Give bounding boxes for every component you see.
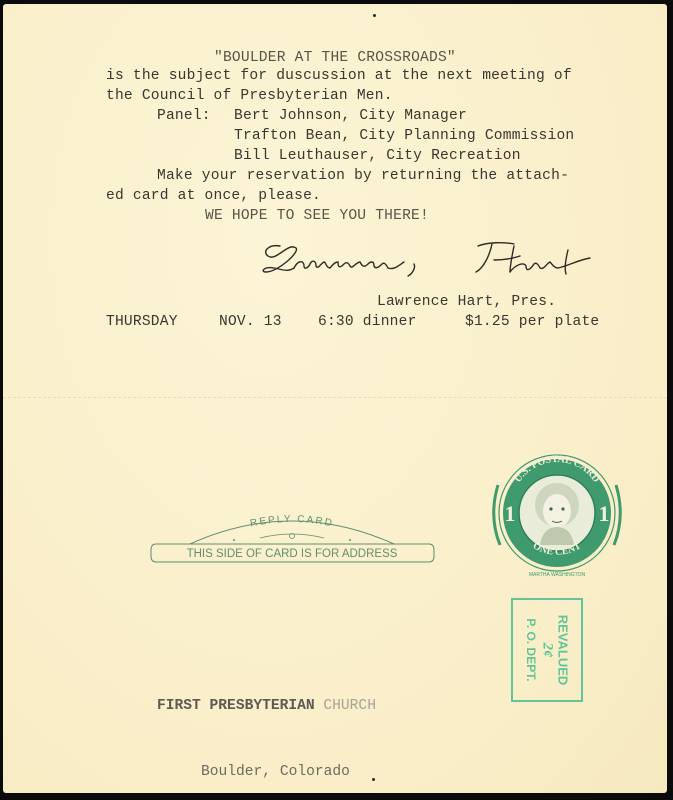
stamp-denomination-left: 1 [505,501,516,526]
message-line: the Council of Presbyterian Men. [106,86,393,106]
event-price: $1.25 per plate [465,312,599,332]
panel-label: Panel: [157,106,211,126]
reply-card-header: REPLY CARD [249,514,335,530]
meeting-title: "BOULDER AT THE CROSSROADS" [214,48,456,68]
message-line: ed card at once, please. [106,186,321,206]
return-address-line1: FIRST PRESBYTERIAN CHURCH [157,695,376,717]
return-address-line2: Boulder, Colorado [157,761,376,783]
revalued-handstamp: REVALUED 2¢ P. O. DEPT. [511,598,583,702]
message-line: is the subject for duscussion at the nex… [106,66,572,86]
perforation-fold [3,397,667,398]
event-time: 6:30 dinner [318,312,417,332]
svg-text:REPLY CARD: REPLY CARD [249,514,335,530]
revalued-amount: 2¢ [539,643,556,658]
revalued-dept: P. O. DEPT. [524,618,538,681]
handwritten-signature [258,238,598,283]
stamp-denomination-right: 1 [599,501,610,526]
panel-member: Bert Johnson, City Manager [234,106,467,126]
panel-member: Trafton Bean, City Planning Commission [234,126,574,146]
reply-card-banner: REPLY CARD THIS SIDE OF CARD IS FOR ADDR… [150,512,435,564]
return-address: FIRST PRESBYTERIAN CHURCH Boulder, Color… [157,651,376,800]
panel-member: Bill Leuthauser, City Recreation [234,146,521,166]
signer-name: Lawrence Hart, Pres. [377,292,556,312]
event-date: NOV. 13 [219,312,282,332]
revalued-text: REVALUED [556,615,571,686]
pin-hole [373,14,376,17]
event-day: THURSDAY [106,312,178,332]
reply-card-subheader: THIS SIDE OF CARD IS FOR ADDRESS [187,548,398,560]
message-line: Make your reservation by returning the a… [157,166,569,186]
postage-stamp-indicium: U.S. POSTAL CARD ONE CENT 1 1 MARTHA WAS… [490,445,624,583]
closing-line: WE HOPE TO SEE YOU THERE! [205,206,429,226]
stamp-portrait-label: MARTHA WASHINGTON [529,572,586,578]
